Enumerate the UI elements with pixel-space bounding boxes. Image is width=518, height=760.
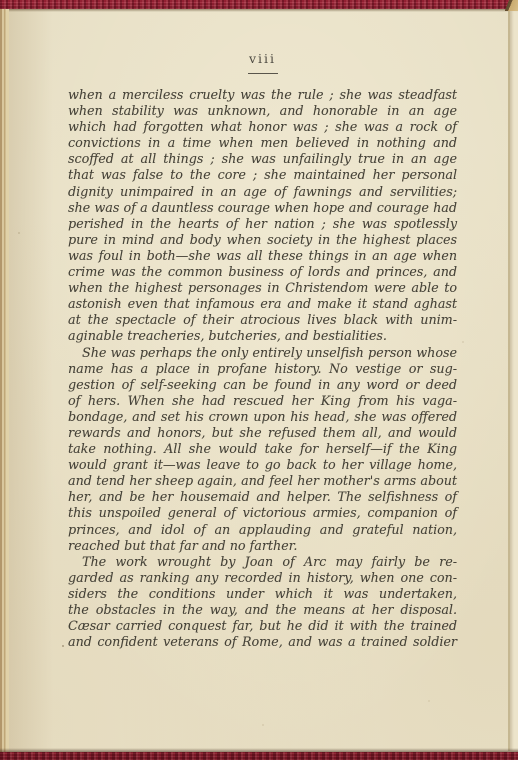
page-header: viii — [68, 52, 457, 74]
page-number-rule — [248, 73, 278, 74]
text-line: bondage, and set his crown upon his head… — [68, 409, 457, 425]
gutter-shading — [9, 9, 53, 752]
text-line: when a merciless cruelty was the rule ; … — [68, 87, 457, 103]
text-line: was foul in both—she was all these thing… — [68, 248, 457, 264]
text-line: she was of a dauntless courage when hope… — [68, 200, 457, 216]
text-line: rewards and honors, but she refused them… — [68, 425, 457, 441]
book-cover-top-edge — [0, 0, 518, 9]
binding-gutter-edge — [0, 9, 9, 752]
text-line: the obstacles in the way, and the means … — [68, 602, 457, 618]
book-cover-bottom-edge — [0, 752, 518, 760]
text-line: reached but that far and no farther. — [68, 538, 457, 554]
cover-corner-top-right — [501, 0, 518, 11]
text-line: perished in the hearts of her nation ; s… — [68, 216, 457, 232]
text-line: her, and be her housemaid and helper. Th… — [68, 489, 457, 505]
paper-specks — [0, 0, 2, 2]
page-stack-fore-edge — [508, 10, 518, 751]
text-line: this unspoiled general of victorious arm… — [68, 505, 457, 521]
text-line: gestion of self-seeking can be found in … — [68, 377, 457, 393]
text-line: aginable treacheries, butcheries, and be… — [68, 328, 457, 344]
text-line: when the highest personages in Christend… — [68, 280, 457, 296]
text-block: when a merciless cruelty was the rule ; … — [68, 87, 457, 650]
text-line: name has a place in profane history. No … — [68, 361, 457, 377]
text-line: pure in mind and body when society in th… — [68, 232, 457, 248]
page-number: viii — [68, 52, 457, 66]
text-line: dignity unimpaired in an age of fawnings… — [68, 184, 457, 200]
text-line: scoffed at all things ; she was unfailin… — [68, 151, 457, 167]
text-line: and tend her sheep again, and feel her m… — [68, 473, 457, 489]
text-line: She was perhaps the only entirely unself… — [68, 345, 457, 361]
text-line: that was false to the core ; she maintai… — [68, 167, 457, 183]
book-page-photo: viii when a merciless cruelty was the ru… — [0, 0, 518, 760]
text-line: would grant it—was leave to go back to h… — [68, 457, 457, 473]
text-line: at the spectacle of their atrocious live… — [68, 312, 457, 328]
text-line: which had forgotten what honor was ; she… — [68, 119, 457, 135]
text-line: convictions in a time when men believed … — [68, 135, 457, 151]
text-line: take nothing. All she would take for her… — [68, 441, 457, 457]
text-line: Cæsar carried conquest far, but he did i… — [68, 618, 457, 634]
text-line: princes, and idol of an applauding and g… — [68, 522, 457, 538]
text-line: when stability was unknown, and honorabl… — [68, 103, 457, 119]
text-line: astonish even that infamous era and make… — [68, 296, 457, 312]
text-line: The work wrought by Joan of Arc may fair… — [68, 554, 457, 570]
text-line: and confident veterans of Rome, and was … — [68, 634, 457, 650]
text-line: crime was the common business of lords a… — [68, 264, 457, 280]
page-top-shadow — [0, 9, 518, 12]
text-line: garded as ranking any recorded in histor… — [68, 570, 457, 586]
text-line: of hers. When she had rescued her King f… — [68, 393, 457, 409]
text-line: siders the conditions under which it was… — [68, 586, 457, 602]
